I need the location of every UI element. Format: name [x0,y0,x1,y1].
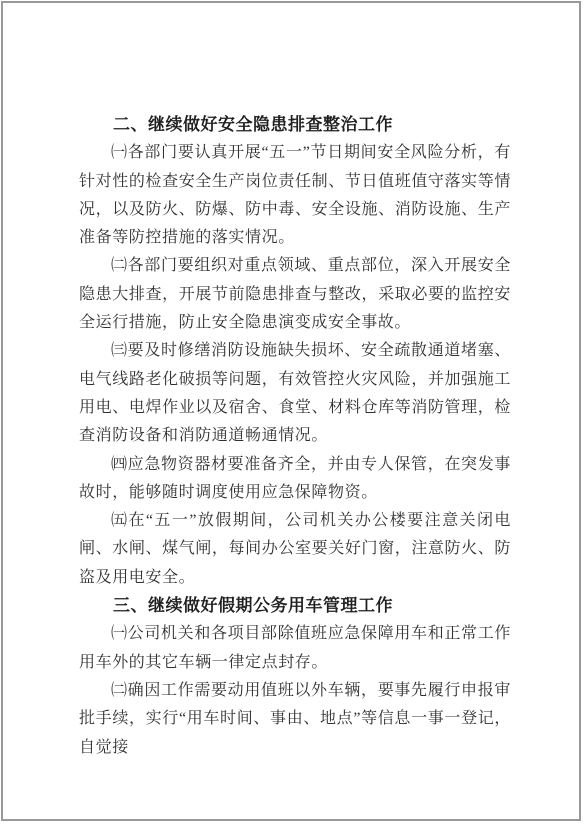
section-heading-vehicle-management: 三、继续做好假期公务用车管理工作 [79,592,511,620]
section-heading-safety-inspection: 二、继续做好安全隐患排查整治工作 [79,111,511,139]
document-body: 二、继续做好安全隐患排查整治工作 ㈠各部门要认真开展“五一”节日期间安全风险分析… [79,111,511,762]
paragraph: ㈡确因工作需要动用值班以外车辆，要事先履行申报审批手续，实行“用车时间、事由、地… [79,677,511,762]
document-page: 二、继续做好安全隐患排查整治工作 ㈠各部门要认真开展“五一”节日期间安全风险分析… [1,1,581,821]
paragraph: ㈣应急物资器材要准备齐全，并由专人保管，在突发事故时，能够随时调度使用应急保障物… [79,451,511,508]
paragraph: ㈡各部门要组织对重点领域、重点部位，深入开展安全隐患大排查，开展节前隐患排查与整… [79,252,511,337]
paragraph: ㈠公司机关和各项目部除值班应急保障用车和正常工作用车外的其它车辆一律定点封存。 [79,620,511,677]
paragraph: ㈤在“五一”放假期间，公司机关办公楼要注意关闭电闸、水闸、煤气闸，每间办公室要关… [79,507,511,592]
paragraph: ㈠各部门要认真开展“五一”节日期间安全风险分析，有针对性的检查安全生产岗位责任制… [79,139,511,252]
paragraph: ㈢要及时修缮消防设施缺失损坏、安全疏散通道堵塞、电气线路老化破损等问题，有效管控… [79,337,511,450]
